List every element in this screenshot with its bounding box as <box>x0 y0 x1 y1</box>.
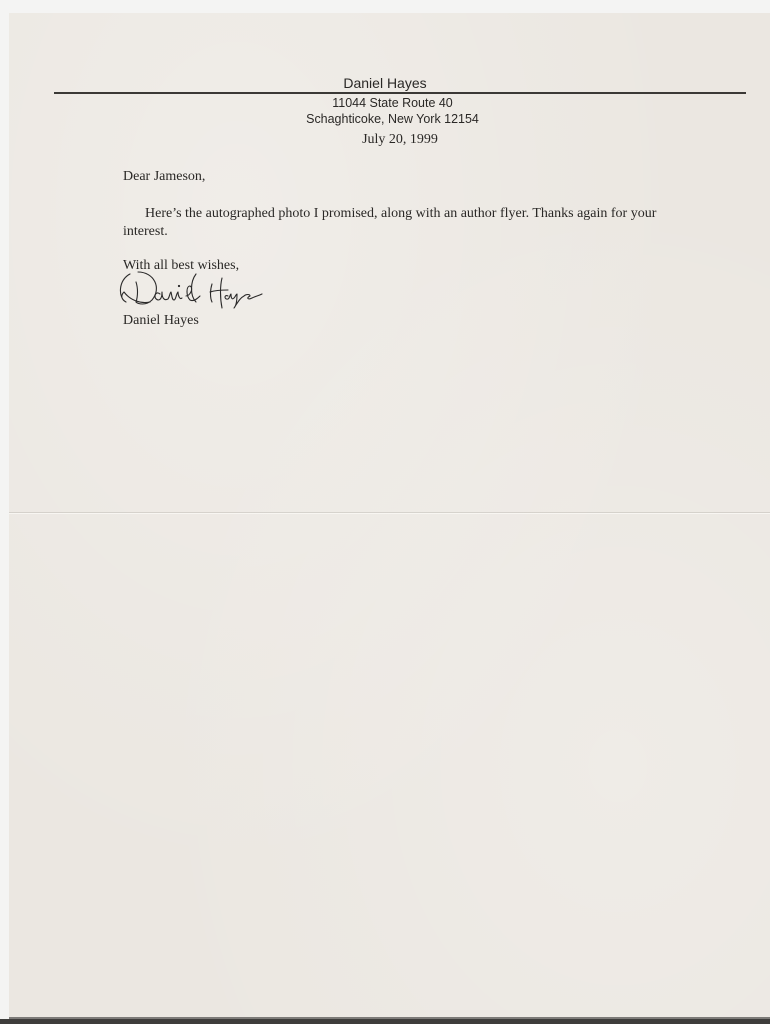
scan-edge <box>0 1019 770 1024</box>
letter-body: Here’s the autographed photo I promised,… <box>123 205 683 241</box>
letterhead-rule <box>54 92 746 94</box>
letter-greeting: Dear Jameson, <box>123 168 205 186</box>
signer-name: Daniel Hayes <box>123 312 199 330</box>
handwritten-signature <box>116 268 281 316</box>
letterhead-address-line1: 11044 State Route 40 <box>16 95 770 110</box>
letter-page <box>9 13 770 1019</box>
letterhead-address-line2: Schaghticoke, New York 12154 <box>16 111 770 126</box>
letterhead-name: Daniel Hayes <box>0 75 770 91</box>
paper-fold-crease <box>9 513 770 514</box>
letter-date: July 20, 1999 <box>0 132 770 148</box>
